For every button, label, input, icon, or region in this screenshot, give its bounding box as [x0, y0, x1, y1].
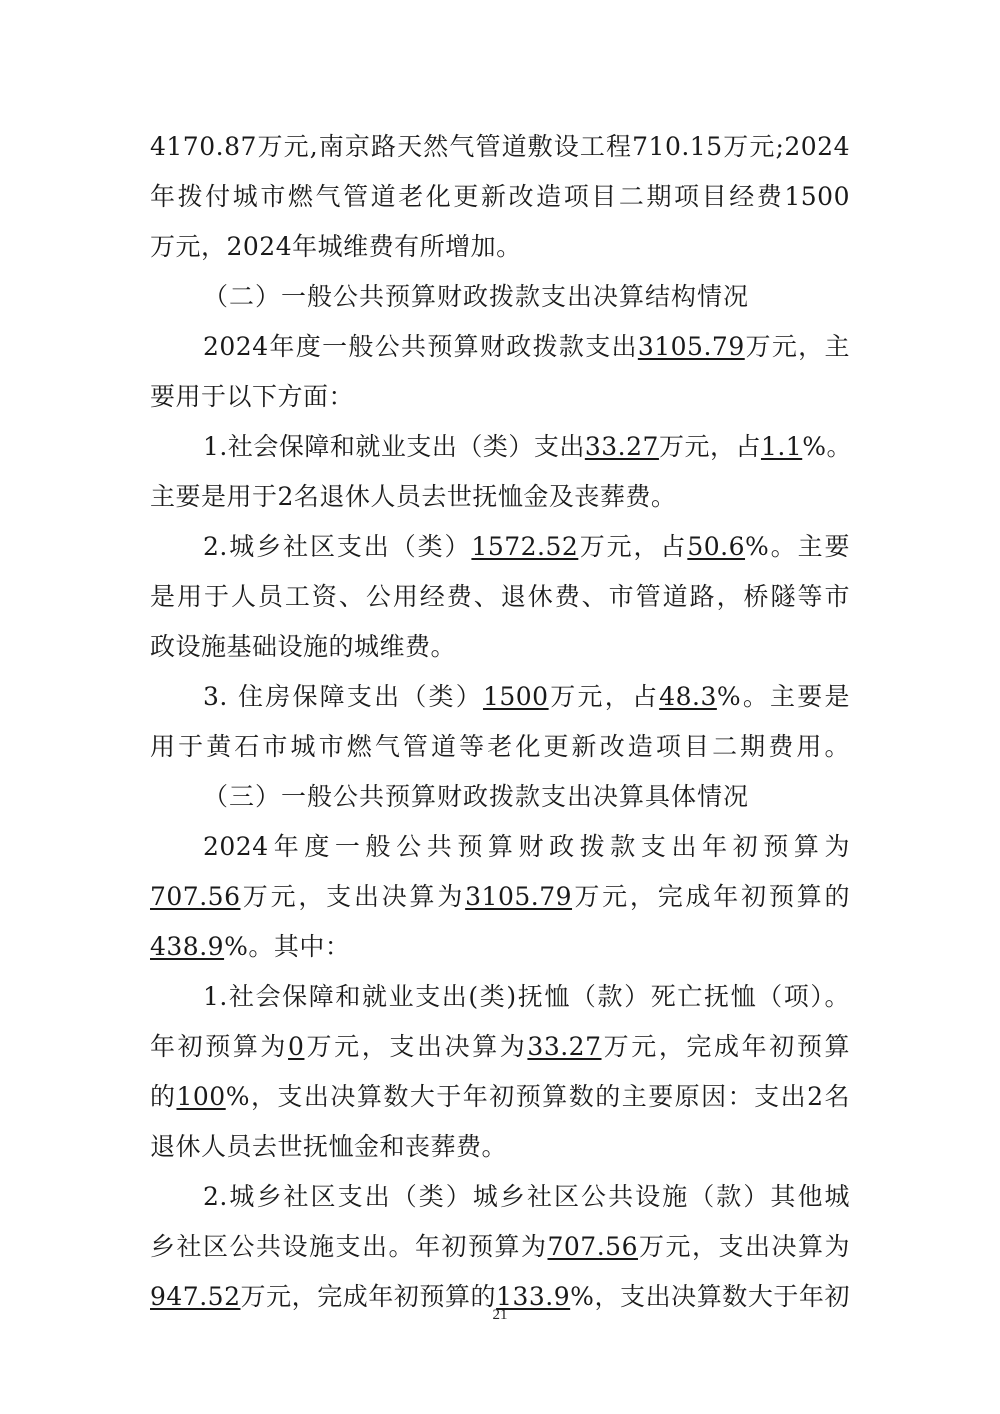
text: %。 — [802, 432, 852, 461]
paragraph-line: 的100%，支出决算数大于年初预算数的主要原因：支出2名 — [150, 1082, 850, 1112]
paragraph-line: 万元，2024年城维费有所增加。 — [150, 232, 850, 262]
paragraph-line: 4170.87万元,南京路天然气管道敷设工程710.15万元;2024 — [150, 132, 850, 162]
text: 年初预算为 — [150, 1032, 288, 1061]
amount: 33.27 — [585, 432, 659, 461]
text: 3. 住房保障支出（类） — [203, 682, 483, 711]
percentage: 48.3 — [659, 682, 717, 711]
text: 万元，支出决算为 — [304, 1032, 527, 1061]
text: 1.社会保障和就业支出（类）支出 — [203, 432, 585, 461]
percentage: 100 — [176, 1082, 225, 1111]
paragraph-line: 438.9%。其中： — [150, 932, 850, 962]
paragraph-line: 是用于人员工资、公用经费、退休费、市管道路，桥隧等市 — [150, 582, 850, 612]
text: 万元，占 — [549, 682, 660, 711]
amount: 1572.52 — [471, 532, 578, 561]
paragraph-line: 政设施基础设施的城维费。 — [150, 632, 850, 662]
text: %，支出决算数大于年初预算数的主要原因：支出2名 — [226, 1082, 850, 1111]
text: 4170.87万元,南京路天然气管道敷设工程710.15万元;2024 — [150, 132, 850, 161]
text: 是用于人员工资、公用经费、退休费、市管道路，桥隧等市 — [150, 582, 850, 611]
paragraph-line: 3. 住房保障支出（类）1500万元，占48.3%。主要是 — [203, 682, 850, 712]
section-heading-2: （二）一般公共预算财政拨款支出决算结构情况 — [203, 282, 850, 312]
page-number: 21 — [0, 1307, 1000, 1324]
amount-budget: 707.56 — [150, 882, 240, 911]
text: 万元，占 — [659, 432, 761, 461]
text: 万元，2024年城维费有所增加。 — [150, 232, 522, 261]
paragraph-line: 2.城乡社区支出（类）城乡社区公共设施（款）其他城 — [203, 1182, 850, 1212]
percentage: 438.9 — [150, 932, 224, 961]
paragraph-line: 乡社区公共设施支出。年初预算为707.56万元，支出决算为 — [150, 1232, 850, 1262]
text: %。其中： — [224, 932, 350, 961]
paragraph-line: 2024年度一般公共预算财政拨款支出3105.79万元，主 — [203, 332, 850, 362]
paragraph-line: 年初预算为0万元，支出决算为33.27万元，完成年初预算 — [150, 1032, 850, 1062]
text: 政设施基础设施的城维费。 — [150, 632, 456, 661]
percentage: 1.1 — [761, 432, 802, 461]
paragraph-line: 707.56万元，支出决算为3105.79万元，完成年初预算的 — [150, 882, 850, 912]
text: 万元，占 — [578, 532, 687, 561]
text: 要用于以下方面： — [150, 382, 354, 411]
paragraph-line: 年拨付城市燃气管道老化更新改造项目二期项目经费1500 — [150, 182, 850, 212]
amount: 33.27 — [527, 1032, 601, 1061]
text: 万元，完成年初预算 — [602, 1032, 850, 1061]
text: 2.城乡社区支出（类） — [203, 532, 471, 561]
text: 主要是用于2名退休人员去世抚恤金及丧葬费。 — [150, 482, 676, 511]
text: 万元，支出决算为 — [638, 1232, 850, 1261]
section-heading-3: （三）一般公共预算财政拨款支出决算具体情况 — [203, 782, 850, 812]
text: 万元，支出决算为 — [240, 882, 465, 911]
percentage: 50.6 — [687, 532, 745, 561]
amount-total: 3105.79 — [638, 332, 745, 361]
text: 退休人员去世抚恤金和丧葬费。 — [150, 1132, 507, 1161]
text: 2024年度一般公共预算财政拨款支出年初预算为 — [203, 832, 850, 861]
paragraph-line: 2024年度一般公共预算财政拨款支出年初预算为 — [203, 832, 850, 862]
text: 1.社会保障和就业支出(类)抚恤（款）死亡抚恤（项）。 — [203, 982, 850, 1011]
paragraph-line: 用于黄石市城市燃气管道等老化更新改造项目二期费用。 — [150, 732, 850, 762]
document-page: 4170.87万元,南京路天然气管道敷设工程710.15万元;2024 年拨付城… — [0, 0, 1000, 1414]
paragraph-line: 主要是用于2名退休人员去世抚恤金及丧葬费。 — [150, 482, 850, 512]
text: 用于黄石市城市燃气管道等老化更新改造项目二期费用。 — [150, 732, 850, 761]
text: 2.城乡社区支出（类）城乡社区公共设施（款）其他城 — [203, 1182, 850, 1211]
text: %。主要是 — [717, 682, 850, 711]
amount-final: 3105.79 — [465, 882, 572, 911]
paragraph-line: 退休人员去世抚恤金和丧葬费。 — [150, 1132, 850, 1162]
paragraph-line: 要用于以下方面： — [150, 382, 850, 412]
heading-text: （三）一般公共预算财政拨款支出决算具体情况 — [203, 782, 749, 811]
text: 万元，完成年初预算的 — [572, 882, 850, 911]
paragraph-line: 1.社会保障和就业支出(类)抚恤（款）死亡抚恤（项）。 — [203, 982, 850, 1012]
text: 万元，主 — [745, 332, 850, 361]
paragraph-line: 2.城乡社区支出（类）1572.52万元，占50.6%。主要 — [203, 532, 850, 562]
text: 的 — [150, 1082, 176, 1111]
text: %。主要 — [745, 532, 850, 561]
text: 2024年度一般公共预算财政拨款支出 — [203, 332, 638, 361]
amount: 707.56 — [548, 1232, 638, 1261]
paragraph-line: 1.社会保障和就业支出（类）支出33.27万元，占1.1%。 — [203, 432, 850, 462]
amount: 0 — [288, 1032, 304, 1061]
text: 年拨付城市燃气管道老化更新改造项目二期项目经费1500 — [150, 182, 850, 211]
text: 乡社区公共设施支出。年初预算为 — [150, 1232, 548, 1261]
heading-text: （二）一般公共预算财政拨款支出决算结构情况 — [203, 282, 749, 311]
amount: 1500 — [483, 682, 549, 711]
